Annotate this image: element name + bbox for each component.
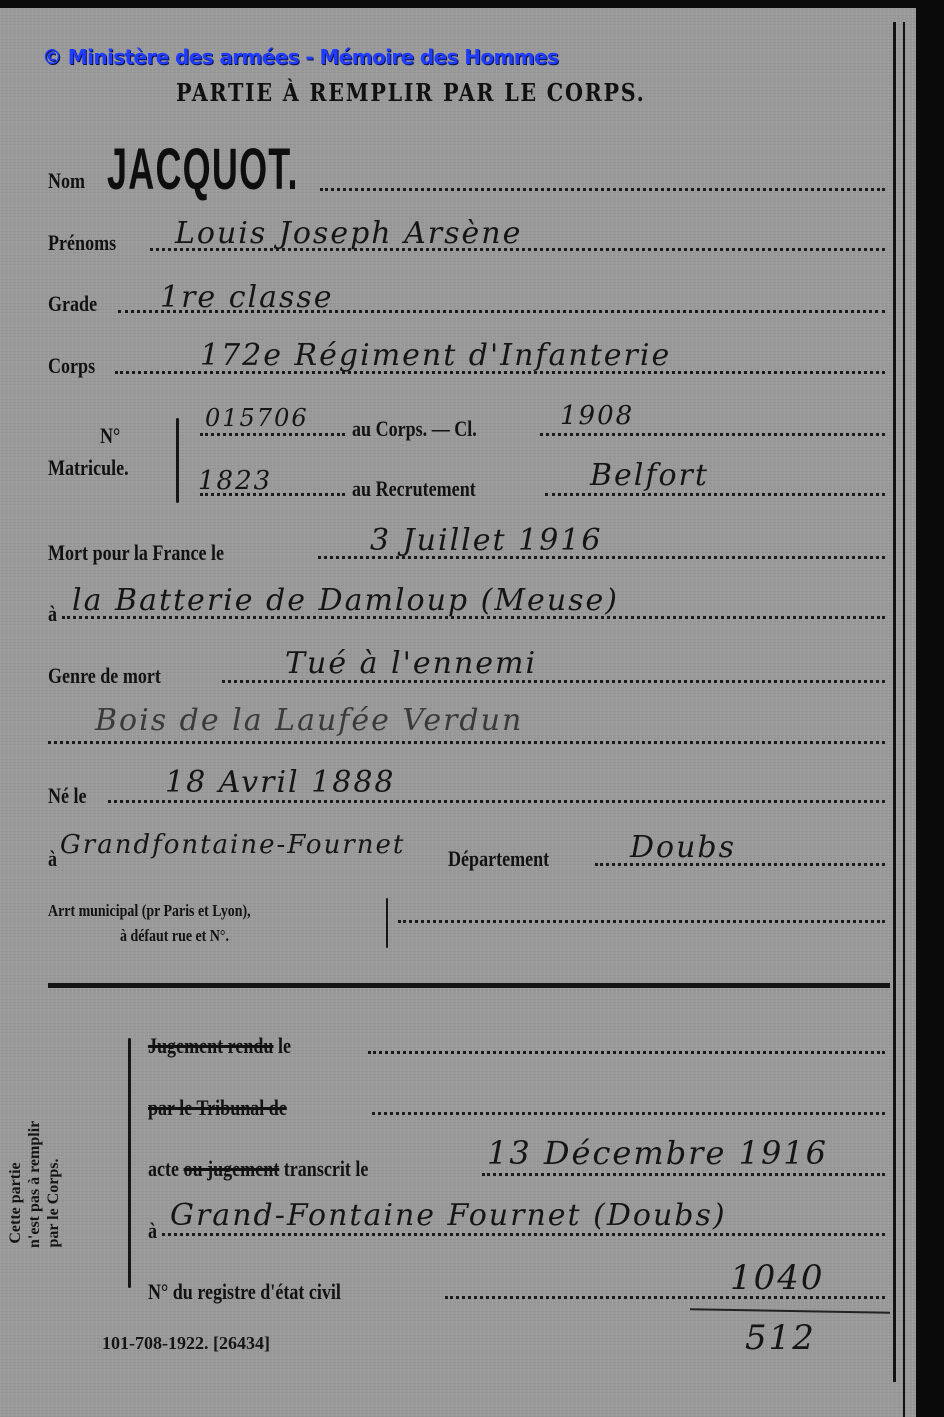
transcrit-dotted-line <box>482 1173 885 1176</box>
departement-label: Département <box>448 846 549 872</box>
naissance-value: 18 Avril 1888 <box>165 765 396 800</box>
grade-value: 1re classe <box>160 280 334 315</box>
jugement-rendu-label: Jugement rendu le <box>148 1033 291 1059</box>
lieu-transcription-dotted-line <box>162 1233 885 1236</box>
side-note-line3: par le Corps. <box>44 1158 63 1248</box>
section-divider <box>48 983 890 988</box>
genre-mort-second-dotted-line <box>48 741 885 744</box>
frame-border-inner <box>893 22 896 1382</box>
jugement-rendu-dotted-line <box>368 1051 885 1054</box>
matricule-label: Matricule. <box>48 455 129 481</box>
lieu-mort-label: à <box>48 601 57 627</box>
classe-dotted-line <box>540 433 885 436</box>
recrutement-place: Belfort <box>590 458 709 493</box>
arrondissement-label-line1: Arrt municipal (pr Paris et Lyon), <box>48 901 251 921</box>
naissance-label: Né le <box>48 783 87 809</box>
tribunal-struck: par le Tribunal de <box>148 1095 287 1120</box>
genre-mort-value: Tué à l'ennemi <box>285 646 537 681</box>
arrondissement-label-line2: à défaut rue et N°. <box>120 926 229 946</box>
recrutement-dotted-line <box>545 493 885 496</box>
tribunal-dotted-line <box>372 1112 885 1115</box>
form-title: PARTIE À REMPLIR PAR LE CORPS. <box>176 78 646 107</box>
au-corps-label: au Corps. — Cl. <box>352 416 477 442</box>
registre-sub-value: 512 <box>745 1318 816 1358</box>
matricule-no-label: N° <box>100 423 120 449</box>
prenoms-value: Louis Joseph Arsène <box>175 216 522 251</box>
au-corps-value: 015706 <box>205 404 309 432</box>
arrondissement-brace <box>386 898 388 948</box>
lieu-naissance-value: Grandfontaine-Fournet <box>60 830 405 860</box>
genre-mort-note: Bois de la Laufée Verdun <box>95 703 523 738</box>
matricule-brace <box>176 418 179 503</box>
lieu-transcription-value: Grand-Fontaine Fournet (Doubs) <box>170 1198 727 1233</box>
lieu-transcription-label: à <box>148 1218 157 1244</box>
frame-border-outer <box>903 22 905 1417</box>
registre-value: 1040 <box>730 1258 825 1298</box>
naissance-dotted-line <box>108 800 885 803</box>
mort-value: 3 Juillet 1916 <box>370 523 602 558</box>
transcrit-struck: ou jugement <box>184 1156 280 1181</box>
form-reference-code: 101-708-1922. [26434] <box>102 1333 270 1354</box>
corps-label: Corps <box>48 353 95 379</box>
registre-fraction-line <box>690 1308 890 1313</box>
transcrit-le: transcrit le <box>284 1156 369 1181</box>
nom-dotted-line <box>320 188 885 191</box>
recrutement-value: 1823 <box>198 466 272 496</box>
registre-label: N° du registre d'état civil <box>148 1279 341 1305</box>
side-note: Cette partie n'est pas à remplir par le … <box>6 1158 156 1248</box>
lieu-naissance-label: à <box>48 846 57 872</box>
side-note-line1: Cette partie <box>6 1158 25 1248</box>
jugement-rendu-le: le <box>278 1033 291 1058</box>
departement-value: Doubs <box>630 830 736 865</box>
document-page: © Ministère des armées - Mémoire des Hom… <box>0 8 916 1417</box>
prenoms-label: Prénoms <box>48 230 116 256</box>
recrutement-label: au Recrutement <box>352 476 476 502</box>
nom-value: JACQUOT. <box>107 136 299 203</box>
lieu-mort-value: la Batterie de Damloup (Meuse) <box>72 583 619 618</box>
mort-label: Mort pour la France le <box>48 540 224 566</box>
au-corps-dotted-line <box>200 433 345 436</box>
jugement-rendu-struck: Jugement rendu <box>148 1033 273 1058</box>
classe-value: 1908 <box>560 401 634 431</box>
tribunal-label: par le Tribunal de <box>148 1095 287 1121</box>
genre-mort-label: Genre de mort <box>48 663 161 689</box>
nom-label: Nom <box>48 168 85 194</box>
civil-section-brace <box>128 1038 131 1288</box>
corps-value: 172e Régiment d'Infanterie <box>200 338 671 373</box>
transcrit-label: acte ou jugement transcrit le <box>148 1156 368 1182</box>
arrondissement-dotted-line <box>398 920 885 923</box>
transcrit-acte: acte <box>148 1156 179 1181</box>
side-note-line2: n'est pas à remplir <box>25 1158 44 1248</box>
copyright-watermark: © Ministère des armées - Mémoire des Hom… <box>42 45 558 69</box>
grade-label: Grade <box>48 291 97 317</box>
transcrit-value: 13 Décembre 1916 <box>487 1134 828 1172</box>
